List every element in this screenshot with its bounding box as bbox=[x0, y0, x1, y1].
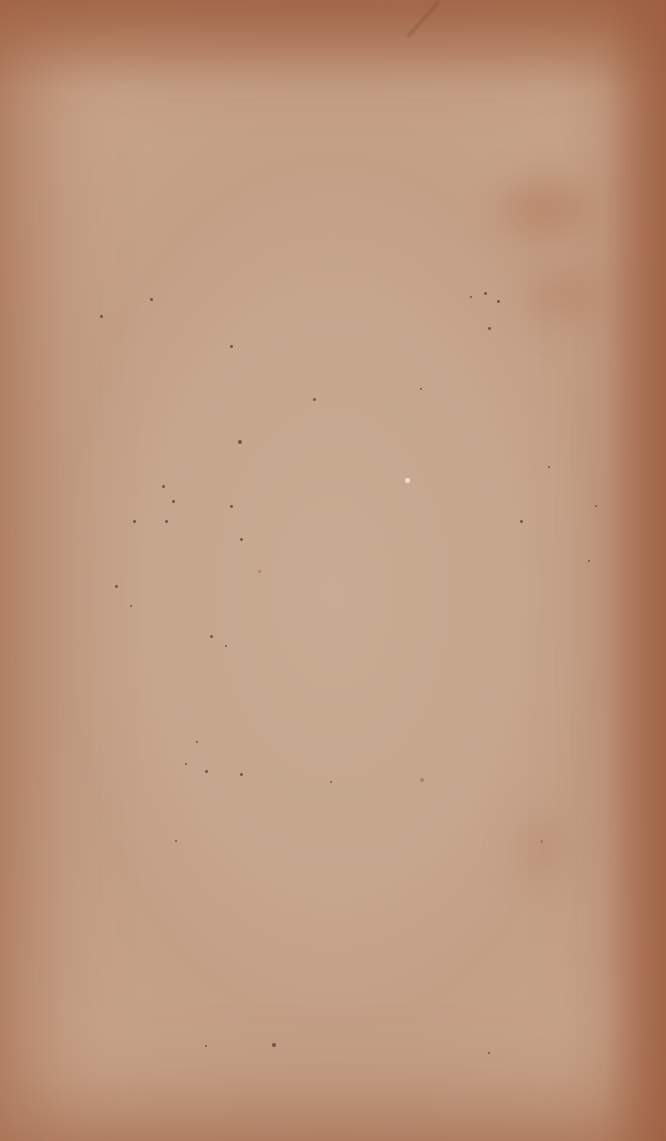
blank-book-page bbox=[0, 0, 666, 1141]
right-edge-discoloration bbox=[606, 0, 666, 1141]
paper-speck bbox=[497, 300, 500, 303]
paper-speck bbox=[405, 478, 410, 483]
paper-speck bbox=[185, 763, 187, 765]
paper-speck bbox=[420, 388, 422, 390]
foxing-stain bbox=[530, 270, 600, 320]
paper-speck bbox=[100, 315, 103, 318]
paper-speck bbox=[540, 840, 543, 843]
paper-speck bbox=[150, 298, 153, 301]
paper-speck bbox=[165, 520, 168, 523]
paper-speck bbox=[470, 296, 472, 298]
paper-speck bbox=[133, 520, 136, 523]
paper-speck bbox=[162, 485, 165, 488]
paper-speck bbox=[175, 840, 177, 842]
paper-speck bbox=[205, 1045, 207, 1047]
paper-speck bbox=[272, 1043, 276, 1047]
paper-speck bbox=[520, 520, 523, 523]
paper-speck bbox=[130, 605, 132, 607]
paper-speck bbox=[313, 398, 316, 401]
paper-speck bbox=[172, 500, 175, 503]
paper-speck bbox=[595, 505, 597, 507]
paper-speck bbox=[205, 770, 208, 773]
paper-speck bbox=[240, 538, 243, 541]
paper-texture bbox=[0, 0, 666, 1141]
paper-speck bbox=[548, 466, 550, 468]
paper-speck bbox=[420, 778, 424, 782]
paper-speck bbox=[210, 635, 213, 638]
paper-speck bbox=[196, 741, 198, 743]
foxing-stain bbox=[520, 820, 560, 880]
paper-speck bbox=[225, 645, 227, 647]
paper-speck bbox=[484, 292, 487, 295]
paper-speck bbox=[230, 345, 233, 348]
paper-speck bbox=[330, 781, 332, 783]
paper-speck bbox=[115, 585, 118, 588]
paper-speck bbox=[488, 1052, 490, 1054]
paper-speck bbox=[588, 560, 590, 562]
paper-speck bbox=[488, 327, 491, 330]
paper-speck bbox=[240, 773, 243, 776]
paper-speck bbox=[258, 570, 261, 573]
paper-speck bbox=[230, 505, 233, 508]
foxing-stain bbox=[500, 180, 590, 240]
top-edge-discoloration bbox=[0, 0, 666, 90]
paper-speck bbox=[238, 440, 242, 444]
